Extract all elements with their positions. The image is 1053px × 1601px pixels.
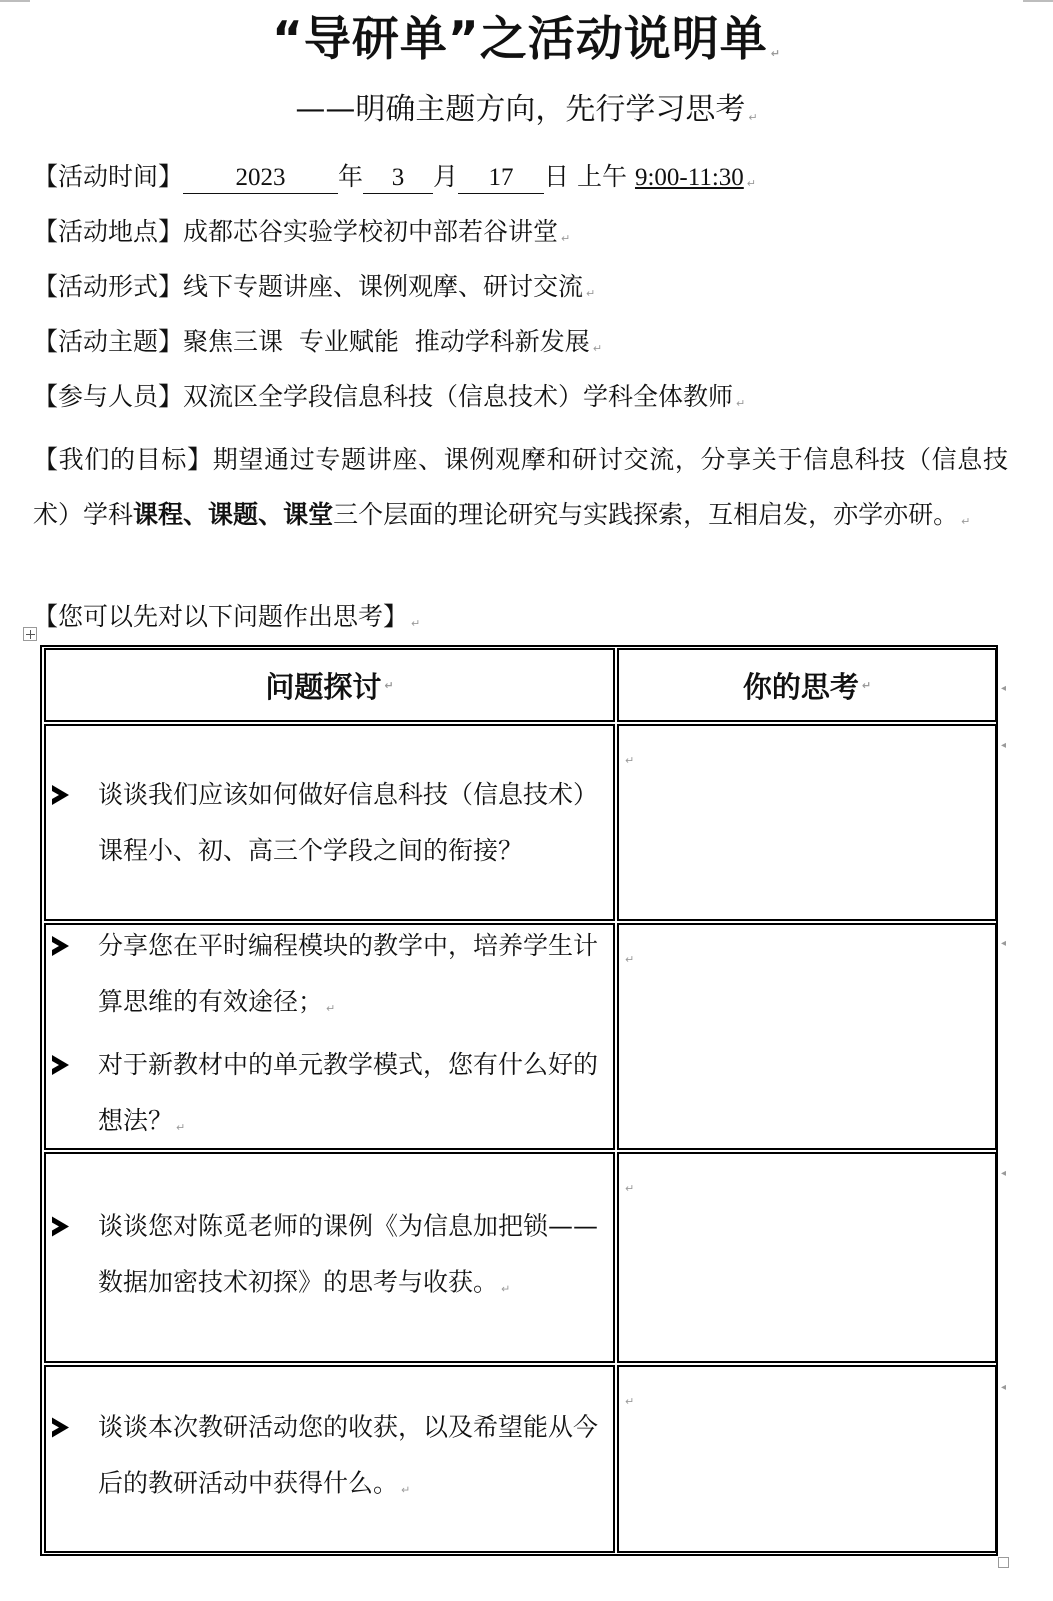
arrow-bullet-icon [52, 785, 69, 805]
header-text: 问题探讨 [265, 665, 381, 706]
question-text: 谈谈本次教研活动您的收获，以及希望能从今后的教研活动中获得什么。 [98, 1413, 598, 1498]
paragraph-mark-icon: ↵ [748, 111, 757, 124]
paragraph-mark-icon: ↵ [961, 515, 970, 528]
info-value: 双流区全学段信息科技（信息技术）学科全体教师 [183, 382, 733, 411]
goal-emphasis: 课程 [133, 500, 183, 529]
prompt-line: 【您可以先对以下问题作出思考】↵ [33, 597, 420, 644]
question-text: 对于新教材中的单元教学模式，您有什么好的想法？ [98, 1050, 598, 1135]
paragraph-mark-icon: ↵ [593, 342, 602, 355]
arrow-bullet-icon [52, 1418, 69, 1438]
row-end-mark-icon: ◂ [1001, 683, 1005, 694]
info-value: 成都芯谷实验学校初中部若谷讲堂 [183, 217, 558, 246]
question-table: 问题探讨↵ 你的思考↵ 谈谈我们应该如何做好信息科技（信息技术）课程小、初、高三… [40, 645, 998, 1556]
paragraph-mark-icon: ↵ [862, 679, 871, 692]
goal-emphasis: 课题 [208, 500, 258, 529]
page-corner-mark [1023, 0, 1053, 2]
paragraph-mark-icon: ↵ [625, 1395, 634, 1408]
table-row-1-question: 谈谈我们应该如何做好信息科技（信息技术）课程小、初、高三个学段之间的衔接？ [44, 724, 615, 921]
paragraph-mark-icon: ↵ [561, 232, 570, 245]
paragraph-mark-icon: ↵ [501, 1282, 510, 1295]
time-range: 9:00-11:30 [635, 164, 744, 191]
table-row-3-question: 谈谈您对陈觅老师的课例《为信息加把锁——数据加密技术初探》的思考与收获。↵ [44, 1152, 615, 1363]
table-header-questions: 问题探讨↵ [44, 648, 615, 722]
table-row-4-answer[interactable]: ↵ [617, 1365, 997, 1553]
table-row-2-answer[interactable]: ↵ [617, 923, 997, 1150]
row-end-mark-icon: ◂ [1001, 740, 1005, 751]
date-year: 2023 [183, 163, 338, 194]
date-month: 3 [363, 163, 433, 194]
goal-paragraph: 【我们的目标】期望通过专题讲座、课例观摩和研讨交流，分享关于信息科技（信息技术）… [33, 432, 1008, 549]
subtitle-text: ——明确主题方向，先行学习思考 [295, 92, 745, 127]
paragraph-mark-icon: ↵ [384, 679, 393, 692]
table-resize-handle-icon[interactable] [998, 1557, 1009, 1568]
table-header-thoughts: 你的思考↵ [617, 648, 997, 722]
info-label: 【参与人员】 [33, 382, 183, 411]
info-location: 【活动地点】成都芯谷实验学校初中部若谷讲堂↵ [33, 212, 570, 259]
paragraph-mark-icon: ↵ [625, 1182, 634, 1195]
table-row-2-question: 分享您在平时编程模块的教学中，培养学生计算思维的有效途径；↵ 对于新教材中的单元… [44, 923, 615, 1150]
paragraph-mark-icon: ↵ [771, 47, 781, 60]
table-move-handle-icon[interactable] [23, 627, 37, 641]
date-day: 17 [458, 163, 544, 194]
goal-emphasis: 课堂 [283, 500, 333, 529]
goal-text: 三个层面的理论研究与实践探索，互相启发，亦学亦研。 [333, 500, 958, 529]
question-item: 对于新教材中的单元教学模式，您有什么好的想法？↵ [46, 1037, 613, 1156]
info-label: 【活动时间】 [33, 162, 183, 191]
time-period: 上午 [577, 162, 627, 191]
goal-label: 【我们的目标】 [33, 445, 213, 474]
title-text: “导研单”之活动说明单 [272, 12, 768, 67]
document-subtitle: ——明确主题方向，先行学习思考↵ [0, 88, 1053, 140]
info-label: 【活动地点】 [33, 217, 183, 246]
question-text: 谈谈我们应该如何做好信息科技（信息技术）课程小、初、高三个学段之间的衔接？ [98, 780, 598, 865]
paragraph-mark-icon: ↵ [401, 1484, 410, 1497]
info-time: 【活动时间】2023年3月17日 上午 9:00-11:30↵ [33, 157, 756, 204]
arrow-bullet-icon [52, 936, 69, 956]
question-item: 谈谈我们应该如何做好信息科技（信息技术）课程小、初、高三个学段之间的衔接？ [46, 767, 613, 879]
info-format: 【活动形式】线下专题讲座、课例观摩、研讨交流↵ [33, 267, 595, 314]
question-item: 谈谈本次教研活动您的收获，以及希望能从今后的教研活动中获得什么。↵ [46, 1400, 613, 1519]
row-end-mark-icon: ◂ [1001, 1168, 1005, 1179]
paragraph-mark-icon: ↵ [586, 287, 595, 300]
table-row-1-answer[interactable]: ↵ [617, 724, 997, 921]
paragraph-mark-icon: ↵ [411, 617, 420, 630]
goal-separator: 、 [183, 500, 208, 529]
table-row-3-answer[interactable]: ↵ [617, 1152, 997, 1363]
question-item: 分享您在平时编程模块的教学中，培养学生计算思维的有效途径；↵ [46, 918, 613, 1037]
info-value: 聚焦三课 专业赋能 推动学科新发展 [183, 327, 590, 356]
info-label: 【活动主题】 [33, 327, 183, 356]
question-text: 分享您在平时编程模块的教学中，培养学生计算思维的有效途径； [98, 931, 598, 1016]
page-corner-mark [0, 0, 30, 2]
date-day-unit: 日 [544, 162, 569, 191]
paragraph-mark-icon: ↵ [176, 1121, 185, 1134]
paragraph-mark-icon: ↵ [747, 177, 756, 190]
paragraph-mark-icon: ↵ [625, 754, 634, 767]
paragraph-mark-icon: ↵ [736, 397, 745, 410]
row-end-mark-icon: ◂ [1001, 938, 1005, 949]
info-participants: 【参与人员】双流区全学段信息科技（信息技术）学科全体教师↵ [33, 377, 745, 424]
date-year-unit: 年 [338, 162, 363, 191]
question-item: 谈谈您对陈觅老师的课例《为信息加把锁——数据加密技术初探》的思考与收获。↵ [46, 1198, 613, 1317]
table-row-4-question: 谈谈本次教研活动您的收获，以及希望能从今后的教研活动中获得什么。↵ [44, 1365, 615, 1553]
arrow-bullet-icon [52, 1055, 69, 1075]
header-text: 你的思考 [743, 665, 859, 706]
document-title: “导研单”之活动说明单↵ [0, 8, 1053, 86]
row-end-mark-icon: ◂ [1001, 1382, 1005, 1393]
goal-separator: 、 [258, 500, 283, 529]
date-month-unit: 月 [433, 162, 458, 191]
info-value: 线下专题讲座、课例观摩、研讨交流 [183, 272, 583, 301]
info-theme: 【活动主题】聚焦三课 专业赋能 推动学科新发展↵ [33, 322, 602, 369]
info-label: 【活动形式】 [33, 272, 183, 301]
paragraph-mark-icon: ↵ [625, 953, 634, 966]
arrow-bullet-icon [52, 1216, 69, 1236]
question-text: 谈谈您对陈觅老师的课例《为信息加把锁——数据加密技术初探》的思考与收获。 [98, 1211, 598, 1296]
paragraph-mark-icon: ↵ [326, 1002, 335, 1015]
prompt-text: 【您可以先对以下问题作出思考】 [33, 602, 408, 631]
